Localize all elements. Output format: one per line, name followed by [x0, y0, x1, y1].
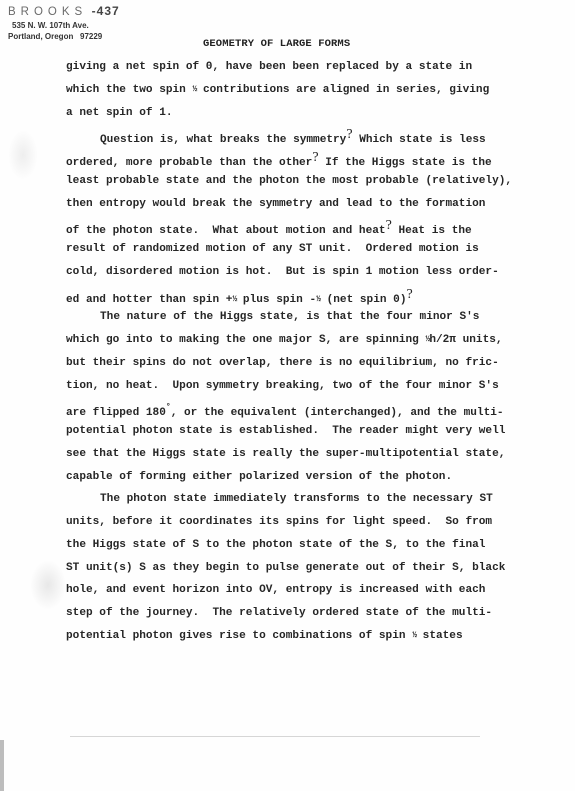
- text-line: Question is, what breaks the symmetry? W…: [66, 124, 566, 147]
- letterhead-address: 535 N. W. 107th Ave.: [8, 20, 120, 31]
- typewritten-page: BROOKS -437 535 N. W. 107th Ave. Portlan…: [0, 0, 575, 791]
- scan-edge: [0, 740, 4, 791]
- text-line: a net spin of 1.: [66, 102, 566, 125]
- scan-artifact-line: [70, 736, 480, 737]
- text-line: ordered, more probable than the other? I…: [66, 147, 566, 170]
- text-line: The photon state immediately transforms …: [66, 488, 566, 511]
- text-line: the Higgs state of S to the photon state…: [66, 534, 566, 557]
- text-line: step of the journey. The relatively orde…: [66, 602, 566, 625]
- text-line: see that the Higgs state is really the s…: [66, 443, 566, 466]
- letterhead: BROOKS -437 535 N. W. 107th Ave. Portlan…: [8, 2, 120, 42]
- text-line: potential photon gives rise to combinati…: [66, 625, 566, 648]
- text-line: which go into to making the one major S,…: [66, 329, 566, 352]
- text-line: capable of forming either polarized vers…: [66, 466, 566, 489]
- text-line: of the photon state. What about motion a…: [66, 215, 566, 238]
- text-line: cold, disordered motion is hot. But is s…: [66, 261, 566, 284]
- document-title: GEOMETRY OF LARGE FORMS: [203, 38, 350, 50]
- text-line: hole, and event horizon into OV, entropy…: [66, 579, 566, 602]
- text-line: which the two spin ½ contributions are a…: [66, 79, 566, 102]
- text-line: giving a net spin of 0, have been been r…: [66, 56, 566, 79]
- handwritten-page-number: -437: [92, 4, 120, 18]
- scan-smudge: [30, 560, 66, 610]
- letterhead-name: BROOKS: [8, 6, 87, 18]
- text-line: units, before it coordinates its spins f…: [66, 511, 566, 534]
- scan-smudge: [8, 130, 38, 180]
- text-line: but their spins do not overlap, there is…: [66, 352, 566, 375]
- text-line: least probable state and the photon the …: [66, 170, 566, 193]
- text-line: The nature of the Higgs state, is that t…: [66, 306, 566, 329]
- text-line: are flipped 180°, or the equivalent (int…: [66, 397, 566, 420]
- text-line: ST unit(s) S as they begin to pulse gene…: [66, 557, 566, 580]
- text-line: ed and hotter than spin +½ plus spin -½ …: [66, 284, 566, 307]
- document-body: giving a net spin of 0, have been been r…: [66, 56, 566, 648]
- text-line: result of randomized motion of any ST un…: [66, 238, 566, 261]
- text-line: potential photon state is established. T…: [66, 420, 566, 443]
- text-line: tion, no heat. Upon symmetry breaking, t…: [66, 375, 566, 398]
- text-line: then entropy would break the symmetry an…: [66, 193, 566, 216]
- letterhead-city: Portland, Oregon 97229: [8, 31, 120, 42]
